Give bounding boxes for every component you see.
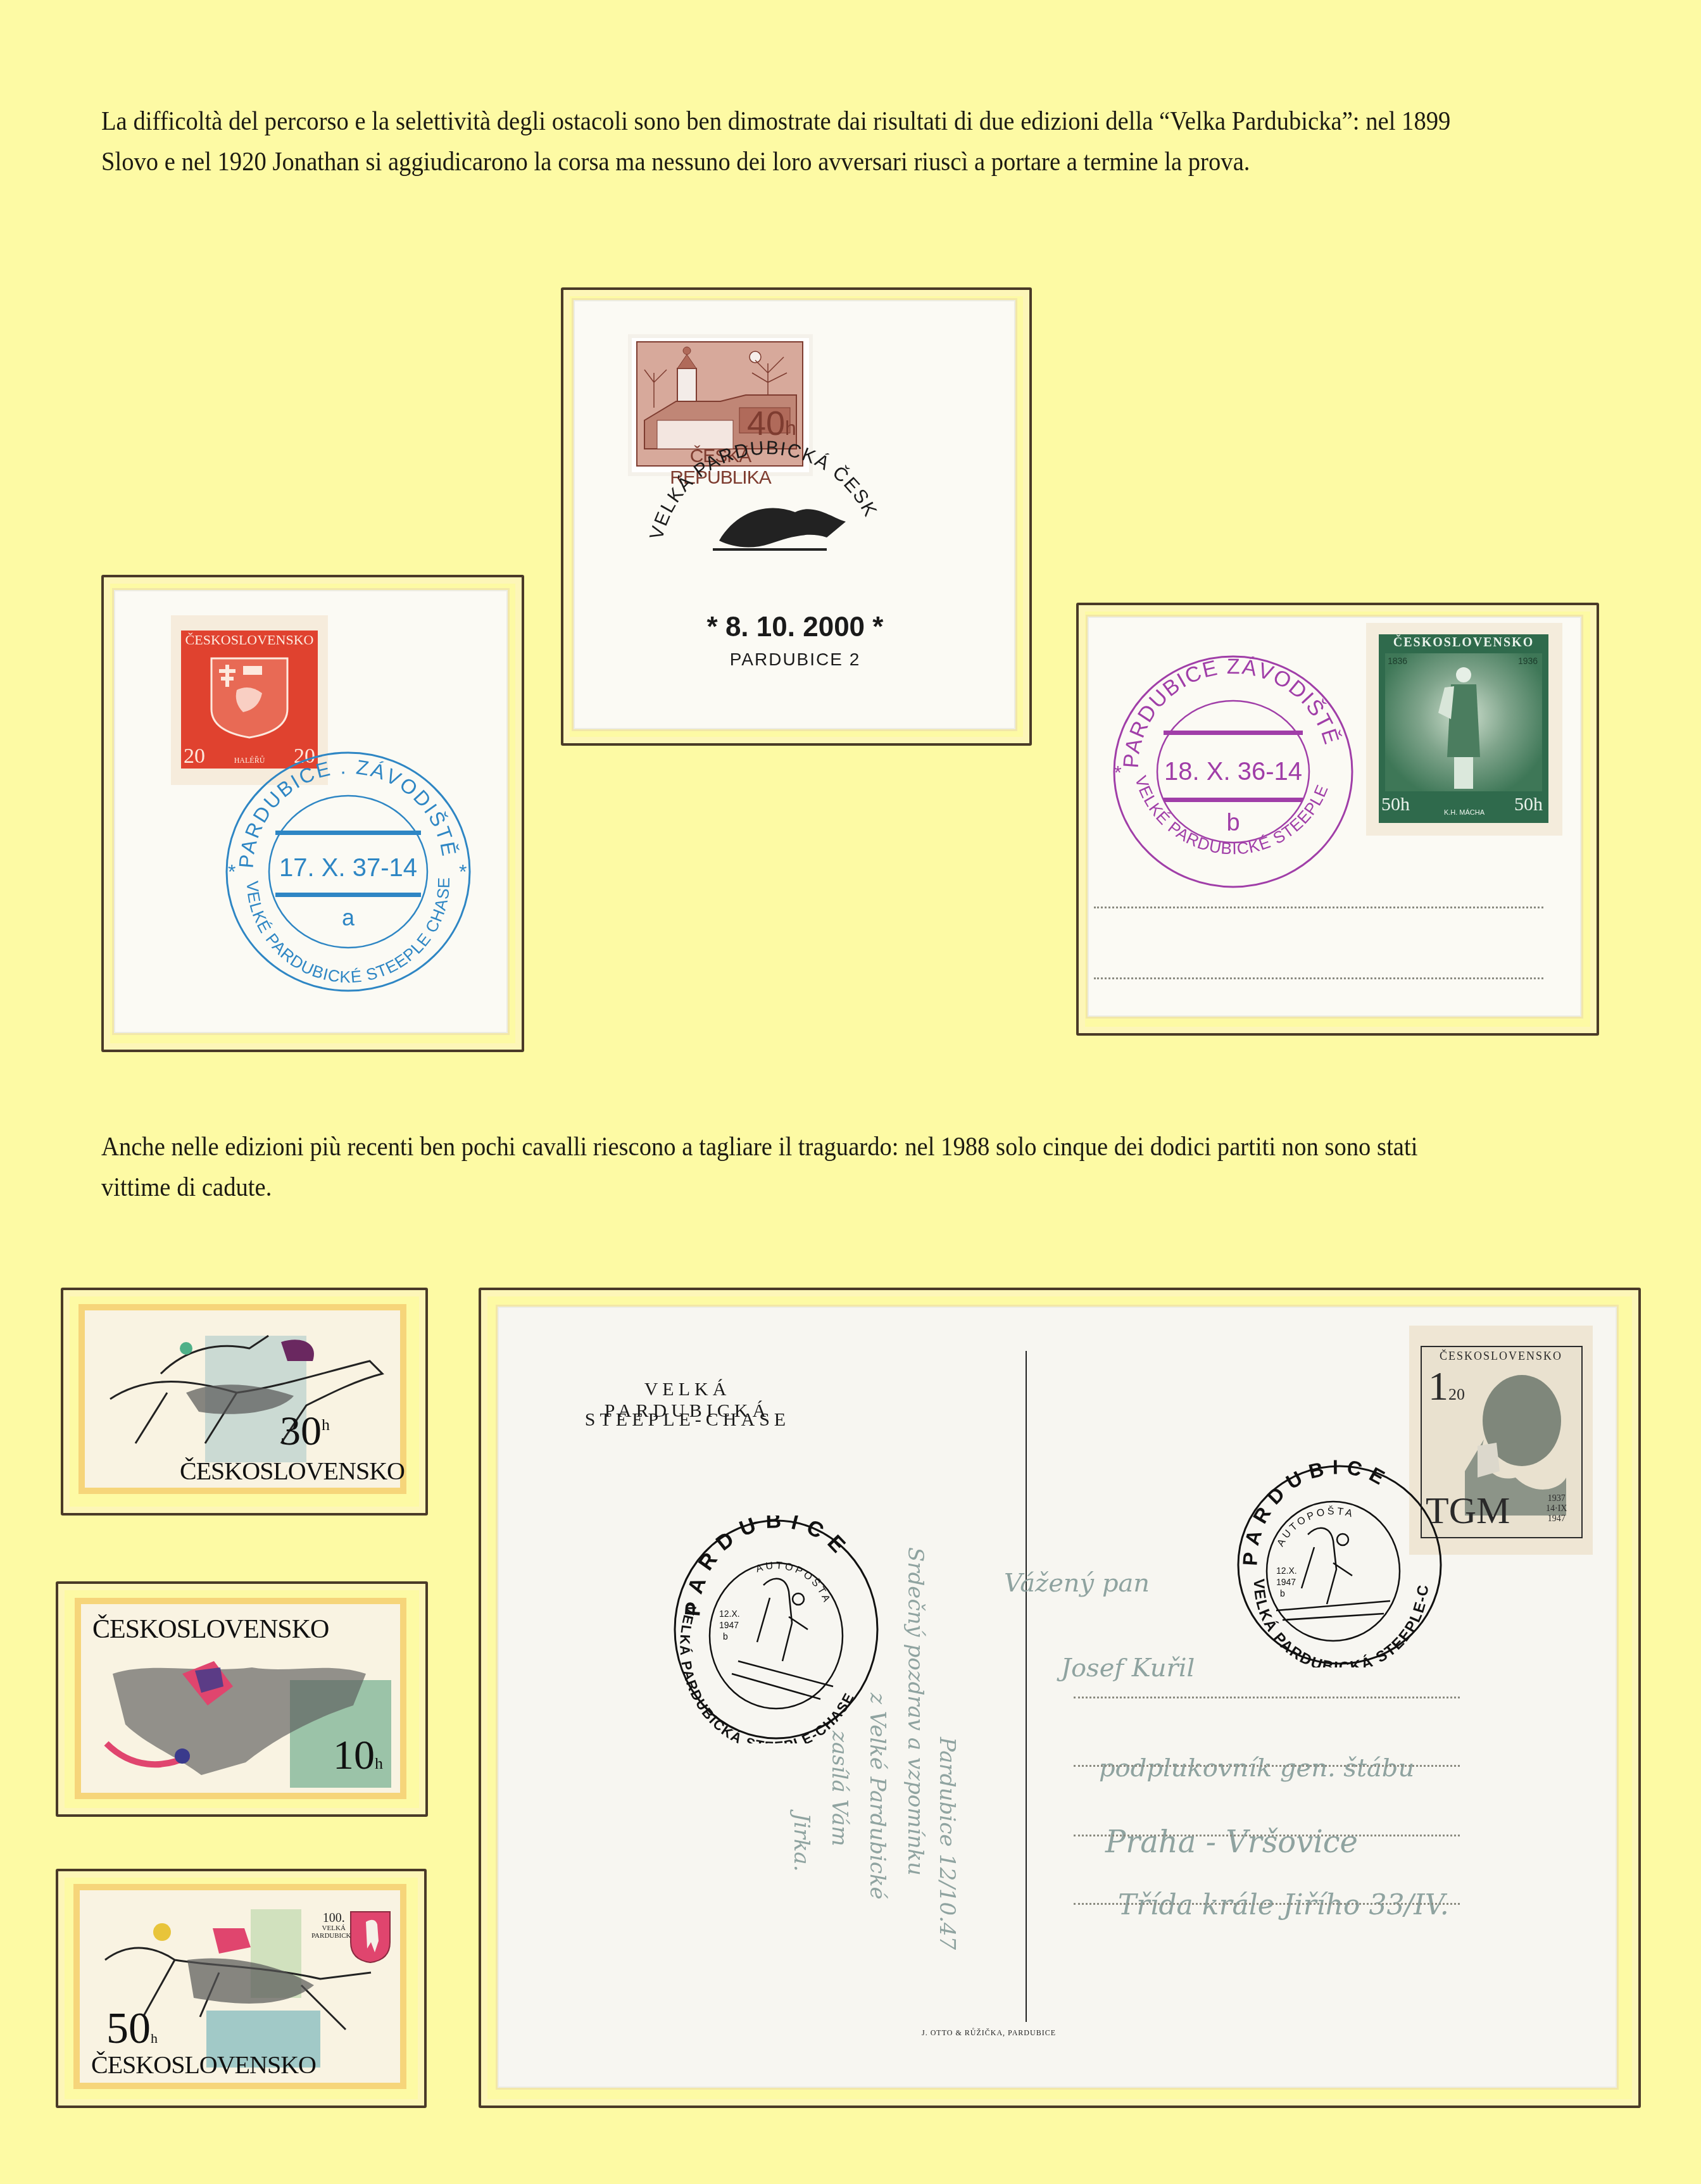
postmark-1936-zavodiste: PARDUBICE ZÁVODIŠTĚ VELKÉ PARDUBICKÉ STE… xyxy=(1100,642,1366,895)
message-line: zasílá Vám xyxy=(827,1731,852,1846)
horses-jumping-illustration xyxy=(91,1323,395,1462)
svg-text:18. X. 36-14: 18. X. 36-14 xyxy=(1164,758,1302,786)
svg-text:b: b xyxy=(723,1631,728,1641)
postcard-velka-pardubicka-1947: VELKÁ PARDUBICKÁ STEEPLE-CHASE PARDUBICE… xyxy=(498,1307,1617,2088)
stamp-30h-steeplechase: 30h ČESKOSLOVENSKO xyxy=(78,1304,406,1494)
address-title: podplukovník gen. štábu xyxy=(1099,1754,1414,1783)
address-line xyxy=(1094,907,1543,908)
stamp-year-right: 1936 xyxy=(1518,656,1538,666)
stamp-50h-100th-velka-pardubicka: 100. VELKÁ PARDUBICKÁ 50h ČESKOSLOVENSKO xyxy=(73,1884,406,2089)
svg-text:*: * xyxy=(459,860,467,883)
svg-text:AUTOPOŠTA: AUTOPOŠTA xyxy=(1275,1505,1355,1548)
message-line: Jirka. xyxy=(789,1813,814,1871)
statue-illustration xyxy=(1426,662,1502,789)
pardubice-coat-of-arms-icon xyxy=(349,1911,391,1964)
stamp-value-left: 50h xyxy=(1381,794,1410,815)
svg-text:*: * xyxy=(1114,762,1122,783)
address-line-4 xyxy=(1074,1903,1460,1905)
message-line: Pardubice 12/10.47 xyxy=(934,1737,960,1950)
address-line-2 xyxy=(1074,1765,1460,1767)
postmark-cancel-1947: PARDUBICE VELKÁ PARDUBICKÁ STEEPLE-CH. A… xyxy=(1232,1459,1447,1667)
cover-fragment-2000: 40h ČESKÁ REPUBLIKA VELKÁ PARDUBICKÁ ČES… xyxy=(574,300,1015,729)
stamp-value: 50h xyxy=(106,2007,158,2051)
postmark-place: PARDUBICE 2 xyxy=(668,650,922,670)
stamp-country: ČESKOSLOVENSKO xyxy=(182,632,317,648)
svg-text:b: b xyxy=(1226,810,1240,836)
coat-of-arms-icon xyxy=(205,652,294,741)
stamp-value: 30h xyxy=(280,1410,330,1452)
stamp-caption: K.H. MÁCHA xyxy=(1429,809,1499,817)
address-city: Praha - Vršovice xyxy=(1105,1824,1358,1860)
svg-text:a: a xyxy=(342,905,355,931)
svg-text:VELKÁ PARDUBICKÁ STEEPLE-CH.: VELKÁ PARDUBICKÁ STEEPLE-CH. xyxy=(1232,1459,1432,1667)
stamp-country: ČESKOSLOVENSKO xyxy=(1423,1350,1579,1363)
stamp-country: ČESKOSLOVENSKO xyxy=(1380,636,1547,650)
postcard-title-2: STEEPLE-CHASE xyxy=(580,1409,795,1431)
handwritten-message: Pardubice 12/10.47 Srdečný pozdrav a vzp… xyxy=(776,1534,1042,1965)
svg-text:PARDUBICE . ZÁVODIŠTĚ: PARDUBICE . ZÁVODIŠTĚ xyxy=(235,755,461,869)
stamp-macha-50h: ČESKOSLOVENSKO 1836 1936 50h 50h K.H. MÁ… xyxy=(1366,623,1562,836)
postmark-date: * 8. 10. 2000 * xyxy=(668,612,922,643)
svg-text:1947: 1947 xyxy=(719,1620,739,1630)
recent-editions-paragraph: Anche nelle edizioni più recenti ben poc… xyxy=(101,1127,1481,1208)
stamp-country: ČESKOSLOVENSKO xyxy=(91,2050,316,2080)
svg-text:PARDUBICE ZÁVODIŠTĚ: PARDUBICE ZÁVODIŠTĚ xyxy=(1119,655,1344,769)
stamp-10h-fall: ČESKOSLOVENSKO 10h xyxy=(75,1598,406,1799)
stamp-value-right: 50h xyxy=(1514,794,1543,815)
address-street: Třída krále Jiřího 33/IV. xyxy=(1118,1889,1449,1921)
address-line-1 xyxy=(1074,1697,1460,1698)
stamp-dates: 1937 14·IX 1947 xyxy=(1546,1494,1567,1524)
svg-text:17. X. 37-14: 17. X. 37-14 xyxy=(279,854,417,882)
printer-imprint: J. OTTO & RŮŽIČKA, PARDUBICE xyxy=(922,2028,1056,2038)
stamp-country: ČESKOSLOVENSKO xyxy=(180,1456,405,1486)
cover-fragment-1936: ČESKOSLOVENSKO 1836 1936 50h 50h K.H. MÁ… xyxy=(1088,617,1581,1017)
intro-paragraph: La difficoltà del percorso e la selettiv… xyxy=(101,101,1481,182)
address-salutation: Vážený pan xyxy=(1004,1569,1150,1598)
svg-text:b: b xyxy=(1280,1588,1285,1598)
stamp-value: 10h xyxy=(333,1735,383,1776)
postmark-2000-horse-race: VELKÁ PARDUBICKÁ ČESKÉ POJIŠŤOVNY xyxy=(624,401,903,604)
message-line: z Velké Pardubické xyxy=(865,1693,890,1900)
svg-text:12.X.: 12.X. xyxy=(719,1609,740,1619)
stamp-country: ČESKOSLOVENSKO xyxy=(92,1614,329,1645)
address-line xyxy=(1094,977,1543,979)
address-name: Josef Kuřil xyxy=(1061,1654,1195,1683)
svg-text:1947: 1947 xyxy=(1276,1577,1296,1587)
postmark-1937-zavodiste: PARDUBICE . ZÁVODIŠTĚ VELKÉ PARDUBICKÉ S… xyxy=(209,736,487,1001)
cover-fragment-1937: ČESKOSLOVENSKO 20 HALÉŘŮ 20 PARDUBICE . … xyxy=(114,590,508,1033)
stamp-year-left: 1836 xyxy=(1388,656,1407,666)
svg-text:*: * xyxy=(228,860,235,883)
address-line-3 xyxy=(1074,1835,1460,1836)
message-line: Srdečný pozdrav a vzpomínku xyxy=(903,1547,928,1876)
svg-text:12.X.: 12.X. xyxy=(1276,1566,1297,1576)
